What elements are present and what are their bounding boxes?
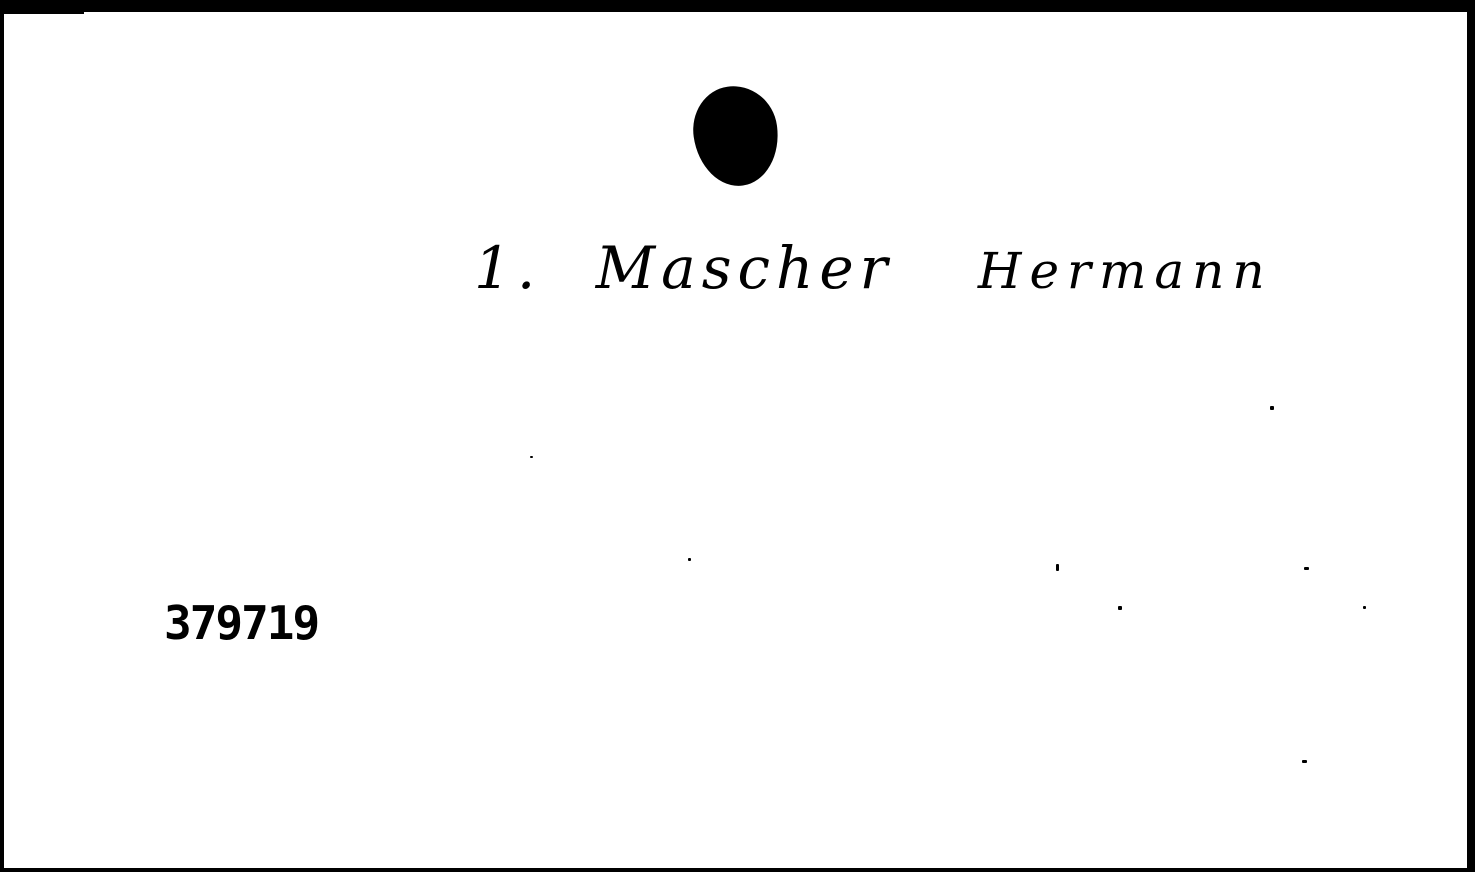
speck — [1304, 567, 1309, 570]
card-number: 379719 — [164, 596, 318, 650]
entry-number: 1. — [474, 234, 541, 302]
speck — [1270, 406, 1274, 410]
index-card: 1. Mascher Hermann 379719 — [4, 12, 1467, 868]
speck — [1363, 606, 1366, 609]
speck — [1056, 564, 1059, 571]
handwritten-name: 1. Mascher Hermann — [474, 234, 1273, 302]
punch-hole — [687, 81, 784, 192]
speck — [530, 456, 533, 458]
speck — [688, 558, 691, 561]
given-name: Hermann — [978, 242, 1273, 300]
speck — [1118, 606, 1122, 610]
surname: Mascher — [596, 234, 894, 302]
speck — [1302, 760, 1307, 763]
